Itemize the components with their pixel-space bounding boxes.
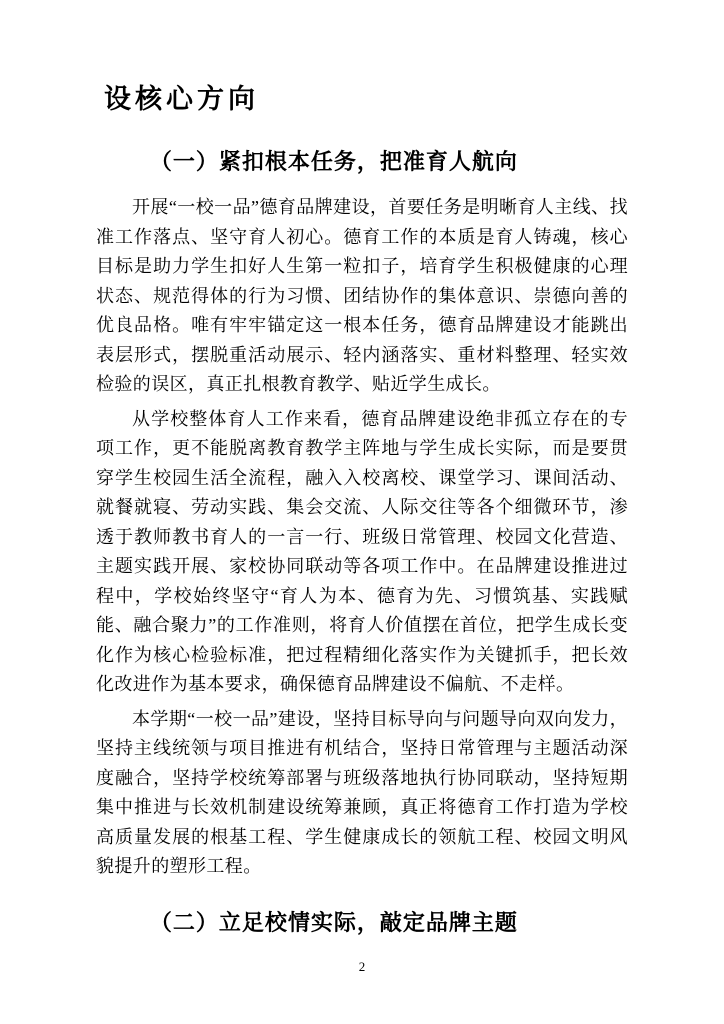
paragraph-2: 从学校整体育人工作来看，德育品牌建设绝非孤立存在的专项工作，更不能脱离教育教学主… xyxy=(96,405,628,700)
page-number: 2 xyxy=(0,959,724,974)
paragraph-3: 本学期“一校一品”建设，坚持目标导向与问题导向双向发力，坚持主线统领与项目推进有… xyxy=(96,705,628,882)
page-title: 设核心方向 xyxy=(104,82,724,117)
paragraph-1: 开展“一校一品”德育品牌建设，首要任务是明晰育人主线、找准工作落点、坚守育人初心… xyxy=(96,193,628,400)
section-heading-2: （二）立足校情实际，敲定品牌主题 xyxy=(96,908,628,938)
document-page: 设核心方向 （一）紧扣根本任务，把准育人航向 开展“一校一品”德育品牌建设，首要… xyxy=(0,0,724,1024)
section-heading-1: （一）紧扣根本任务，把准育人航向 xyxy=(96,147,628,177)
